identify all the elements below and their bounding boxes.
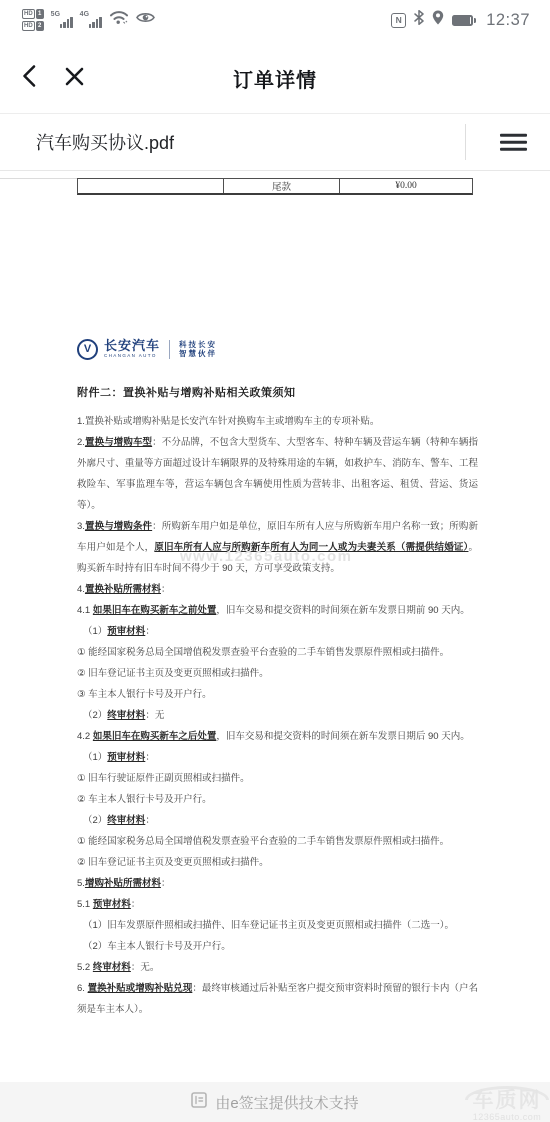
eye-protection-icon <box>136 11 155 29</box>
changan-logo: V 长安汽车 CHANGAN AUTO 科技长安 智慧伙伴 <box>77 335 478 363</box>
doc-paragraph: 4.置换补贴所需材料： <box>77 579 478 600</box>
payment-table-row: 尾款¥0.00 <box>77 178 473 195</box>
doc-paragraph: ② 旧车登记证书主页及变更页照相或扫描件。 <box>77 663 478 684</box>
esign-support-text: 由e签宝提供技术支持 <box>215 1092 358 1113</box>
table-cell: ¥0.00 <box>339 179 472 193</box>
pdf-toolbar: 汽车购买协议.pdf <box>0 114 550 170</box>
brand-tagline-1: 科技长安 <box>179 340 217 350</box>
attachment-heading: 附件二：置换补贴与增购补贴相关政策须知 <box>77 384 478 400</box>
doc-paragraph: 1.置换补贴或增购补贴是长安汽车针对换购车主或增购车主的专项补贴。 <box>77 411 478 432</box>
doc-paragraph: （2）终审材料：无 <box>77 705 478 726</box>
doc-paragraph: ① 能经国家税务总局全国增值税发票查验平台查验的二手车销售发票原件照相或扫描件。 <box>77 831 478 852</box>
brand-tagline-2: 智慧伙伴 <box>179 349 217 359</box>
logo-divider <box>169 340 170 359</box>
page-title: 订单详情 <box>0 64 550 93</box>
menu-button[interactable] <box>500 134 527 151</box>
chezhi-watermark-logo: 车质网 12365auto.com <box>460 1086 550 1122</box>
brand-name-cn: 长安汽车 <box>104 339 160 352</box>
doc-paragraph: 2.置换与增购车型：不分品牌，不包含大型货车、大型客车、特种车辆及营运车辆（特种… <box>77 432 478 516</box>
signal-4g-icon: 4G <box>80 11 102 29</box>
signal-5g-icon: 5G <box>51 11 73 29</box>
clock-time: 12:37 <box>486 11 530 30</box>
doc-paragraph: ② 车主本人银行卡号及开户行。 <box>77 789 478 810</box>
table-cell <box>78 179 223 193</box>
doc-paragraph: （1）旧车发票原件照相或扫描件、旧车登记证书主页及变更页照相或扫描件（二选一）。 <box>77 915 478 936</box>
table-edge-line <box>0 178 78 179</box>
bluetooth-icon <box>414 10 424 30</box>
document-body: V 长安汽车 CHANGAN AUTO 科技长安 智慧伙伴 附件二：置换补贴与增… <box>77 335 478 1020</box>
doc-paragraph: （2）车主本人银行卡号及开户行。 <box>77 936 478 957</box>
pdf-filename: 汽车购买协议.pdf <box>36 129 174 155</box>
esign-icon <box>191 1092 207 1113</box>
doc-paragraph: ③ 车主本人银行卡号及开户行。 <box>77 684 478 705</box>
hd1-badge: HD 1 <box>22 9 44 19</box>
doc-paragraph: 4.2 如果旧车在购买新车之后处置，旧车交易和提交资料的时间须在新车发票日期后 … <box>77 726 478 747</box>
doc-paragraph: 5.1 预审材料： <box>77 894 478 915</box>
chezhi-site: 12365auto.com <box>460 1113 550 1122</box>
table-cell: 尾款 <box>223 179 339 193</box>
network-type-label: 5G <box>51 11 60 18</box>
toolbar-divider <box>465 124 466 160</box>
wifi-icon <box>109 10 129 30</box>
doc-paragraph: 5.2 终审材料：无。 <box>77 957 478 978</box>
doc-paragraph: 3.置换与增购条件：所购新车用户如是单位，原旧车所有人应与所购新车用户名称一致；… <box>77 516 478 579</box>
changan-emblem-icon: V <box>77 339 98 360</box>
esign-footer: 由e签宝提供技术支持 车质网 12365auto.com <box>0 1082 550 1122</box>
doc-paragraph: （1）预审材料： <box>77 621 478 642</box>
doc-paragraph: ② 旧车登记证书主页及变更页照相或扫描件。 <box>77 852 478 873</box>
pdf-viewer[interactable]: 尾款¥0.00 V 长安汽车 CHANGAN AUTO 科技长安 智慧伙伴 附件… <box>0 171 550 1082</box>
policy-paragraphs: 1.置换补贴或增购补贴是长安汽车针对换购车主或增购车主的专项补贴。2.置换与增购… <box>77 411 478 1020</box>
doc-paragraph: ① 能经国家税务总局全国增值税发票查验平台查验的二手车销售发票原件照相或扫描件。 <box>77 642 478 663</box>
hd-label: HD <box>22 21 35 31</box>
network-type-label: 4G <box>80 11 89 18</box>
hd-sim-number: 1 <box>36 9 44 19</box>
doc-paragraph: 6. 置换补贴或增购补贴兑现：最终审核通过后补贴至客户提交预审资料时预留的银行卡… <box>77 978 478 1020</box>
hd2-badge: HD 2 <box>22 21 44 31</box>
brand-name-en: CHANGAN AUTO <box>104 354 160 359</box>
doc-paragraph: （2）终审材料： <box>77 810 478 831</box>
signal-bars-icon <box>89 17 102 29</box>
app-header: 订单详情 <box>0 38 550 113</box>
hd-badges: HD 1 HD 2 <box>22 9 44 31</box>
signal-bars-icon <box>60 17 73 29</box>
location-icon <box>432 10 444 30</box>
doc-paragraph: 5.增购补贴所需材料： <box>77 873 478 894</box>
nfc-icon: N <box>391 13 406 28</box>
doc-paragraph: （1）预审材料： <box>77 747 478 768</box>
chezhi-title: 车质网 <box>460 1090 550 1111</box>
hd-label: HD <box>22 9 35 19</box>
battery-icon <box>452 15 476 26</box>
doc-paragraph: ① 旧车行驶证原件正副页照相或扫描件。 <box>77 768 478 789</box>
doc-paragraph: 4.1 如果旧车在购买新车之前处置，旧车交易和提交资料的时间须在新车发票日期前 … <box>77 600 478 621</box>
status-bar: HD 1 HD 2 5G 4G <box>0 0 550 38</box>
hd-sim-number: 2 <box>36 21 44 31</box>
